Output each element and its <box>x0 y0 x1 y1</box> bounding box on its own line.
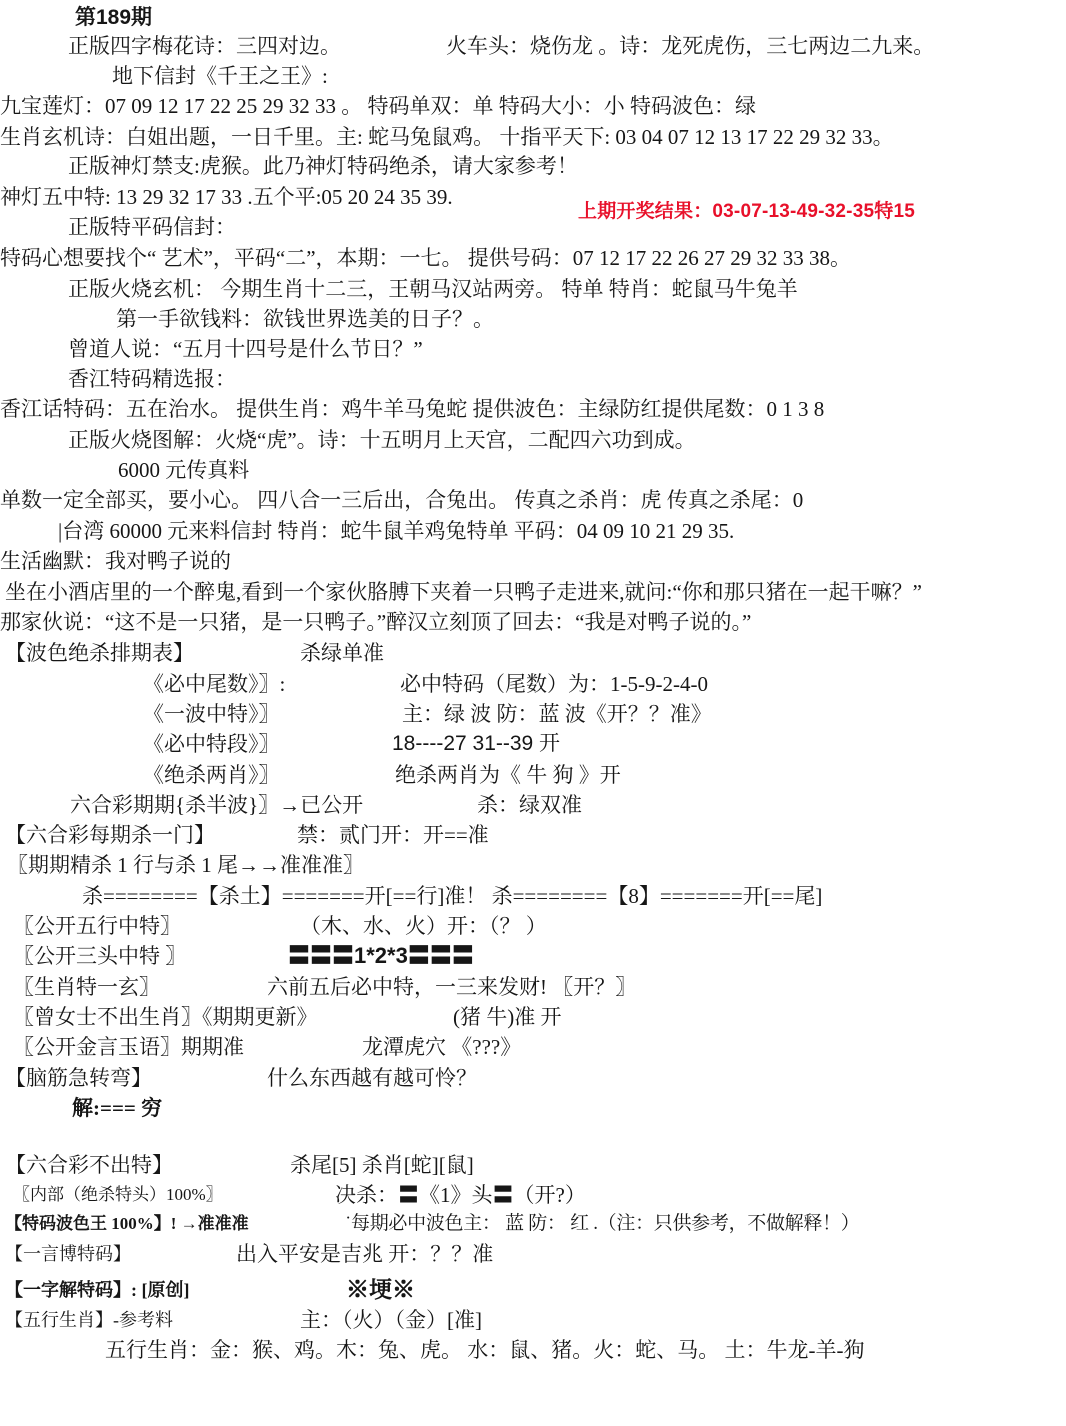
ms-zeng-value: (猪 牛)准 开 <box>453 1002 562 1032</box>
issue-title-row: 第189期 <box>0 3 1066 33</box>
fax-text: 单数一定全部买，要小心。 四八合一三后出，合兔出。 传真之杀肖：虎 传真之杀尾：… <box>0 485 803 515</box>
taoist-row: 曾道人说：“五月十四号是什么节日？” <box>0 334 1066 364</box>
humor-heading-row: 生活幽默：我对鸭子说的 <box>0 546 1066 576</box>
golden-words-value: 龙潭虎穴 《???》 <box>362 1032 521 1062</box>
humor-line-2-row: 那家伙说：“这不是一只猪，是一只鸭子。”醉汉立刻顶了回去：“我是对鸭子说的。” <box>0 607 1066 637</box>
ms-zeng-row: 〖曾女士不出生肖〗《期期更新》 (猪 牛)准 开 <box>0 1002 1066 1032</box>
humor-heading: 生活幽默：我对鸭子说的 <box>0 546 231 576</box>
one-word-bet-value: 出入平安是吉兆 开：？？准 <box>236 1239 493 1269</box>
taiwan-text: |台湾 60000 元来料信封 特肖：蛇牛鼠羊鸡兔特单 平码：04 09 10 … <box>58 516 734 546</box>
kill-two-zodiac-label: 《绝杀两肖》〗 <box>143 760 280 790</box>
fire-mystery-row: 正版火烧玄机： 今期生肖十二三，王朝马汉站两旁。 特单 特肖：蛇鼠马牛兔羊 <box>0 274 1066 304</box>
one-char-value: ※埂※ <box>346 1275 415 1305</box>
half-wave-label: 六合彩期期{杀半波}〗→已公开 <box>70 790 363 820</box>
ms-zeng-label: 〖曾女士不出生肖〗《期期更新》 <box>13 1002 318 1032</box>
internal-kill-head-row: 〖内部（绝杀特头）100%〗 决杀：〓《1》头〓（开?） <box>0 1180 1066 1210</box>
fax-row: 单数一定全部买，要小心。 四八合一三后出，合兔出。 传真之杀肖：虎 传真之杀尾：… <box>0 485 1066 515</box>
riddle-answer: 解:=== 穷 <box>72 1093 162 1123</box>
train-head-text: 火车头：烧伤龙 。诗：龙死虎伤，三七两边二九来。 <box>446 31 934 61</box>
fire-mystery-text: 正版火烧玄机： 今期生肖十二三，王朝马汉站两旁。 特单 特肖：蛇鼠马牛兔羊 <box>68 274 798 304</box>
kill-earth-text: 杀========【杀土】=======开[==行]准！ 杀========【8… <box>82 881 822 911</box>
fire-diagram-row: 正版火烧图解：火烧“虎”。诗：十五明月上天宫，二配四六功到成。 <box>0 425 1066 455</box>
three-head-value: 〓〓〓1*2*3〓〓〓 <box>288 941 474 971</box>
zodiac-poem-row: 生肖玄机诗：白姐出题，一日千里。主: 蛇马兔鼠鸡。 十指平天下: 03 04 0… <box>0 122 1066 152</box>
internal-kill-head-label: 〖内部（绝杀特头）100%〗 <box>13 1180 223 1210</box>
five-element-row: 〖公开五行中特〗 （木、水、火）开：（？ ） <box>0 911 1066 941</box>
kill-schedule-row: 【波色绝杀排期表】 杀绿单准 <box>0 638 1066 668</box>
golden-words-label: 〖公开金言玉语〗期期准 <box>13 1032 244 1062</box>
five-element-zodiac-label: 【五行生肖】-参考料 <box>5 1305 173 1335</box>
one-wave-row: 《一波中特》〗 主：绿 波 防：蓝 波《开？？准》 <box>0 699 1066 729</box>
humor-line-1-row: 坐在小酒店里的一个醉鬼,看到一个家伙胳膊下夹着一只鸭子走进来,就问:“你和那只猪… <box>0 577 1066 607</box>
issue-title: 第189期 <box>75 3 152 33</box>
fire-diagram-text: 正版火烧图解：火烧“虎”。诗：十五明月上天宫，二配四六功到成。 <box>68 425 696 455</box>
one-word-bet-row: 【一言博特码】 出入平安是吉兆 开：？？准 <box>0 1239 1066 1269</box>
humor-line-2: 那家伙说：“这不是一只猪，是一只鸭子。”醉汉立刻顶了回去：“我是对鸭子说的。” <box>0 607 751 637</box>
kill-line-tail-row: 〖期期精杀 1 行与杀 1 尾→→准准准〗 <box>0 850 1066 880</box>
special-art-row: 特码心想要找个“ 艺术”，平码“二”，本期：一七。 提供号码：07 12 17 … <box>0 243 1066 273</box>
lamp-ban-text: 正版神灯禁支:虎猴。此乃神灯特码绝杀，请大家参考！ <box>68 151 578 181</box>
zodiac-mystery-label: 〖生肖特一玄〗 <box>13 972 160 1002</box>
riddle-question: 什么东西越有越可怜？ <box>267 1063 477 1093</box>
taiwan-row: |台湾 60000 元来料信封 特肖：蛇牛鼠羊鸡兔特单 平码：04 09 10 … <box>0 516 1066 546</box>
fax-heading-row: 6000 元传真料 <box>0 455 1066 485</box>
xiangjiang-heading: 香江特码精选报： <box>68 364 236 394</box>
plum-poem-row: 正版四字梅花诗：三四对边。 火车头：烧伤龙 。诗：龙死虎伤，三七两边二九来。 <box>0 31 1066 61</box>
five-element-list-row: 五行生肖：金：猴、鸡。木：兔、虎。 水：鼠、猪。火：蛇、马。 土：牛龙-羊-狗 <box>0 1335 1066 1365</box>
no-special-row: 【六合彩不出特】 杀尾[5] 杀肖[蛇][鼠] <box>0 1150 1066 1180</box>
three-head-label: 〖公开三头中特 〗 <box>13 941 186 971</box>
special-art-text: 特码心想要找个“ 艺术”，平码“二”，本期：一七。 提供号码：07 12 17 … <box>0 243 851 273</box>
xiangjiang-heading-row: 香江特码精选报： <box>0 364 1066 394</box>
first-hand-row: 第一手欲钱料：欲钱世界选美的日子？。 <box>0 304 1066 334</box>
five-element-label: 〖公开五行中特〗 <box>13 911 181 941</box>
kill-earth-row: 杀========【杀土】=======开[==行]准！ 杀========【8… <box>0 881 1066 911</box>
one-word-bet-label: 【一言博特码】 <box>5 1239 131 1269</box>
kill-one-gate-row: 【六合彩每期杀一门】 禁：贰门开：开==准 <box>0 820 1066 850</box>
special-segment-value: 18----27 31--39 开 <box>392 729 560 759</box>
kill-schedule-label: 【波色绝杀排期表】 <box>5 638 194 668</box>
xiangjiang-row: 香江话特码：五在治水。 提供生肖：鸡牛羊马兔蛇 提供波色：主绿防红提供尾数：0 … <box>0 394 1066 424</box>
kill-one-gate-label: 【六合彩每期杀一门】 <box>5 820 215 850</box>
nine-lantern-row: 九宝莲灯：07 09 12 17 22 25 29 32 33 。 特码单双：单… <box>0 91 1066 121</box>
five-element-zodiac-row: 【五行生肖】-参考料 主：（火）（金）[准] <box>0 1305 1066 1335</box>
no-special-label: 【六合彩不出特】 <box>5 1150 173 1180</box>
riddle-label: 【脑筋急转弯】 <box>5 1063 152 1093</box>
kill-one-gate-value: 禁：贰门开：开==准 <box>297 820 489 850</box>
one-wave-value: 主：绿 波 防：蓝 波《开？？准》 <box>402 699 712 729</box>
special-segment-label: 《必中特段》〗 <box>143 729 280 759</box>
special-segment-row: 《必中特段》〗 18----27 31--39 开 <box>0 729 1066 759</box>
lottery-tip-sheet: 第189期 正版四字梅花诗：三四对边。 火车头：烧伤龙 。诗：龙死虎伤，三七两边… <box>0 0 1066 1426</box>
taoist-text: 曾道人说：“五月十四号是什么节日？” <box>68 334 423 364</box>
humor-line-1: 坐在小酒店里的一个醉鬼,看到一个家伙胳膊下夹着一只鸭子走进来,就问:“你和那只猪… <box>5 577 922 607</box>
underground-envelope-row: 地下信封《千王之王》: <box>0 61 1066 91</box>
tail-number-value: 必中特码（尾数）为：1-5-9-2-4-0 <box>400 669 708 699</box>
nine-lantern-text: 九宝莲灯：07 09 12 17 22 25 29 32 33 。 特码单双：单… <box>0 91 756 121</box>
tail-number-label: 《必中尾数》〗: <box>143 669 285 699</box>
kill-schedule-value: 杀绿单准 <box>300 638 384 668</box>
golden-words-row: 〖公开金言玉语〗期期准 龙潭虎穴 《???》 <box>0 1032 1066 1062</box>
zodiac-mystery-value: 六前五后必中特，一三来发财! 〖开？〗 <box>267 972 636 1002</box>
riddle-row: 【脑筋急转弯】 什么东西越有越可怜？ <box>0 1063 1066 1093</box>
kill-line-tail-heading: 〖期期精杀 1 行与杀 1 尾→→准准准〗 <box>7 850 364 880</box>
special-envelope-heading: 正版特平码信封： <box>68 212 236 242</box>
plum-poem-text: 正版四字梅花诗：三四对边。 <box>68 31 341 61</box>
one-char-label: 【一字解特码】: [原创] <box>5 1275 189 1305</box>
three-head-row: 〖公开三头中特 〗 〓〓〓1*2*3〓〓〓 <box>0 941 1066 971</box>
riddle-answer-row: 解:=== 穷 <box>0 1093 1066 1123</box>
wave-king-row: 【特码波色王 100%】! →准准准 ˙每期必中波色主： 蓝 防： 红 .（注：… <box>0 1209 1066 1239</box>
one-wave-label: 《一波中特》〗 <box>143 699 280 729</box>
tail-number-row: 《必中尾数》〗: 必中特码（尾数）为：1-5-9-2-4-0 <box>0 669 1066 699</box>
wave-king-value: ˙每期必中波色主： 蓝 防： 红 .（注：只供参考，不做解释！） <box>345 1209 859 1239</box>
zodiac-mystery-row: 〖生肖特一玄〗 六前五后必中特，一三来发财! 〖开？〗 <box>0 972 1066 1002</box>
xiangjiang-text: 香江话特码：五在治水。 提供生肖：鸡牛羊马兔蛇 提供波色：主绿防红提供尾数：0 … <box>0 394 824 424</box>
half-wave-row: 六合彩期期{杀半波}〗→已公开 杀：绿双准 <box>0 790 1066 820</box>
wave-king-label: 【特码波色王 100%】! →准准准 <box>5 1209 249 1239</box>
special-envelope-row: 正版特平码信封： <box>0 212 1066 242</box>
internal-kill-head-value: 决杀：〓《1》头〓（开?） <box>335 1180 586 1210</box>
kill-two-zodiac-value: 绝杀两肖为《 牛 狗 》开 <box>395 760 621 790</box>
one-char-row: 【一字解特码】: [原创] ※埂※ <box>0 1275 1066 1305</box>
half-wave-value: 杀：绿双准 <box>477 790 582 820</box>
lamp-ban-row: 正版神灯禁支:虎猴。此乃神灯特码绝杀，请大家参考！ <box>0 151 1066 181</box>
five-element-zodiac-value: 主：（火）（金）[准] <box>300 1305 482 1335</box>
no-special-value: 杀尾[5] 杀肖[蛇][鼠] <box>290 1150 474 1180</box>
fax-heading: 6000 元传真料 <box>118 455 249 485</box>
zodiac-poem-text: 生肖玄机诗：白姐出题，一日千里。主: 蛇马兔鼠鸡。 十指平天下: 03 04 0… <box>0 122 894 152</box>
five-element-list: 五行生肖：金：猴、鸡。木：兔、虎。 水：鼠、猪。火：蛇、马。 土：牛龙-羊-狗 <box>105 1335 864 1365</box>
kill-two-zodiac-row: 《绝杀两肖》〗 绝杀两肖为《 牛 狗 》开 <box>0 760 1066 790</box>
underground-envelope-heading: 地下信封《千王之王》: <box>112 61 328 91</box>
first-hand-text: 第一手欲钱料：欲钱世界选美的日子？。 <box>116 304 494 334</box>
five-element-value: （木、水、火）开：（？ ） <box>300 911 547 941</box>
